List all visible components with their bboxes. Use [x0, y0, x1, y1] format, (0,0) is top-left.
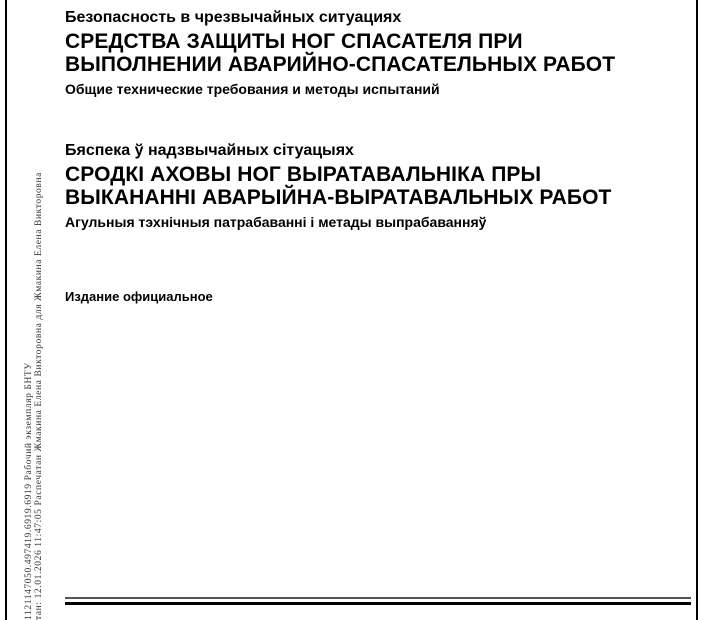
russian-title-line-2: ВЫПОЛНЕНИИ АВАРИЙНО-СПАСАТЕЛЬНЫХ РАБОТ [65, 53, 615, 76]
belarusian-title-block: Бяспека ў надзвычайных сітуацыях СРОДКІ … [65, 141, 685, 231]
print-stamp-line-2: тан: 12.01.2026 11:47:05 Распечатан Жмак… [34, 172, 44, 620]
print-stamp-line-1: 1121147050.497419.6919.6919 Рабочий экзе… [24, 172, 34, 620]
russian-title-block: Безопасность в чрезвычайных ситуациях СР… [65, 8, 685, 98]
belarusian-subtitle: Агульныя тэхнічныя патрабаванні і метады… [65, 213, 685, 231]
belarusian-title: СРОДКІ АХОВЫ НОГ ВЫРАТАВАЛЬНІКА ПРЫ ВЫКА… [65, 163, 685, 209]
russian-title: СРЕДСТВА ЗАЩИТЫ НОГ СПАСАТЕЛЯ ПРИ ВЫПОЛН… [65, 30, 685, 76]
russian-subtitle: Общие технические требования и методы ис… [65, 80, 685, 98]
belarusian-category: Бяспека ў надзвычайных сітуацыях [65, 141, 685, 161]
footer-rule-thick [65, 602, 691, 605]
russian-title-line-1: СРЕДСТВА ЗАЩИТЫ НОГ СПАСАТЕЛЯ ПРИ [65, 30, 523, 53]
belarusian-title-line-2: ВЫКАНАННІ АВАРЫЙНА-ВЫРАТАВАЛЬНЫХ РАБОТ [65, 186, 611, 209]
belarusian-title-line-1: СРОДКІ АХОВЫ НОГ ВЫРАТАВАЛЬНІКА ПРЫ [65, 163, 541, 186]
russian-category: Безопасность в чрезвычайных ситуациях [65, 8, 685, 28]
page-border-left [5, 0, 7, 620]
print-stamp: 1121147050.497419.6919.6919 Рабочий экзе… [24, 172, 44, 620]
official-edition-label: Издание официальное [65, 289, 213, 305]
page-border-right [696, 0, 698, 620]
footer-rule-thin [65, 597, 691, 599]
